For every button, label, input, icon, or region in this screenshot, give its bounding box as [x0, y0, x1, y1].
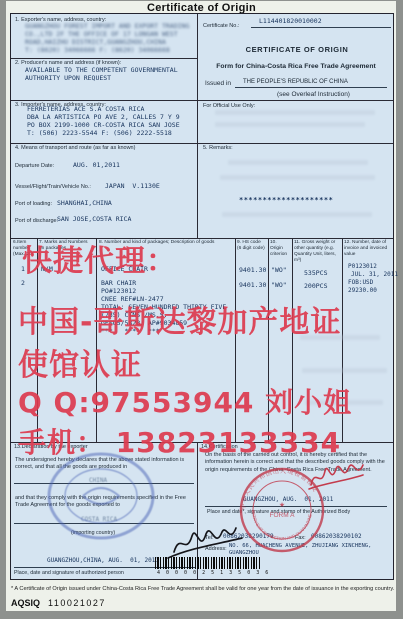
bleed-through-ghost — [302, 368, 387, 373]
authorized-body-signature — [305, 455, 367, 497]
certificate-title: CERTIFICATE OF ORIGIN — [203, 45, 391, 54]
watermark-line: 使馆认证 — [18, 340, 142, 384]
bleed-through-ghost — [215, 122, 365, 127]
scanned-certificate-page: Certificate of Origin ORIGINAL 1. Export… — [0, 0, 403, 619]
svg-text:★: ★ — [279, 501, 285, 509]
row2-hs-code: 9401.30 — [239, 282, 266, 290]
transport-label: 4. Means of transport and route (as far … — [15, 145, 135, 152]
overleaf-note: (see Overleaf Instruction) — [277, 91, 350, 99]
row1-origin-criterion: "WO" — [271, 267, 287, 275]
remarks-label: 5. Remarks: — [203, 145, 233, 152]
row2-item: 2 — [21, 280, 25, 288]
invoice-value: 29230.00 — [348, 287, 377, 294]
row2-quantity: 200PCS — [304, 283, 327, 291]
col-header-quantity: 11. Gross weight or other quantity (e.g.… — [294, 240, 340, 264]
port-discharge-value: SAN JOSE,COSTA RICA — [57, 216, 131, 224]
issued-in-underline — [235, 87, 387, 88]
col-header-invoice: 12. Number, date of invoice and invoiced… — [344, 240, 390, 258]
col-header-origin: 10. Origin criterion — [270, 240, 290, 258]
cert-no-underline — [251, 27, 391, 28]
port-discharge-label: Port of discharge: — [15, 218, 58, 225]
exporter-company-stamp — [45, 447, 157, 545]
invoice-number: P0123012 — [348, 263, 377, 270]
watermark-line: 快捷代理： — [22, 236, 177, 280]
validity-footnote: * A Certificate of Origin issued under C… — [11, 586, 395, 592]
watermark-line: Q Q:97553944 刘小姐 — [18, 381, 352, 421]
official-use-label: For Official Use Only: — [203, 103, 255, 110]
certificate-subtitle: Form for China-Costa Rica Free Trade Agr… — [199, 63, 393, 71]
row1-quantity: 535PCS — [304, 270, 327, 278]
departure-date-label: Departure Date: — [15, 163, 54, 170]
divider — [197, 14, 198, 238]
row2-origin-criterion: "WO" — [271, 282, 287, 290]
divider — [11, 143, 393, 144]
port-loading-label: Port of loading: — [15, 201, 52, 208]
issued-in-label: Issued in — [205, 80, 231, 88]
importer-line: T: (506) 2223-5544 F: (506) 2222-5518 — [27, 130, 172, 138]
declaration-place-date: GUANGZHOU,CHINA, AUG. 01, 2011 — [47, 557, 159, 564]
issued-in-value: THE PEOPLE'S REPUBLIC OF CHINA — [243, 79, 348, 86]
declaration-caption: Place, date and signature of authorized … — [14, 570, 124, 576]
bleed-through-ghost — [228, 160, 368, 165]
bleed-through-ghost — [222, 212, 372, 217]
stamp-form-text: FORM A — [270, 512, 296, 519]
remarks-asterisks: ******************** — [239, 196, 333, 204]
exporter-line: T: (8620) 34066666 F: (8620) 34066668 — [25, 47, 170, 55]
row1-hs-code: 9401.30 — [239, 267, 266, 275]
col-header-hs-code: 9. HS code (6 digit code) — [237, 240, 266, 252]
cert-no-label: Certificate No.: — [203, 23, 239, 30]
bleed-through-ghost — [220, 175, 375, 180]
cert-no-value: L114401820010002 — [259, 18, 322, 26]
port-loading-value: SHANGHAI,CHINA — [57, 200, 112, 208]
watermark-line: 手机： 13823133334 — [18, 421, 341, 461]
producer-line: AUTHORITY UPON REQUEST — [25, 75, 111, 83]
barcode-digits: 4 0 0 0 0 2 5 1 3 5 0 3 6 — [157, 570, 270, 576]
invoice-date: JUL. 31, 2011 — [351, 271, 398, 278]
watermark-line: 中国-哥斯达黎加产地证 — [18, 297, 341, 341]
invoice-terms: FOB:USD — [348, 279, 373, 286]
aqsiq-label: AQSIQ — [11, 598, 40, 608]
divider — [11, 100, 393, 101]
vessel-value: JAPAN V.1130E — [105, 183, 160, 191]
vessel-label: Vessel/Flight/Train/Vehicle No.: — [15, 184, 91, 191]
aqsiq-number: 110021027 — [48, 598, 106, 608]
departure-date-value: AUG. 01,2011 — [73, 162, 120, 170]
divider — [11, 58, 197, 59]
exporter-signature — [166, 516, 244, 562]
bleed-through-ghost — [215, 110, 375, 115]
